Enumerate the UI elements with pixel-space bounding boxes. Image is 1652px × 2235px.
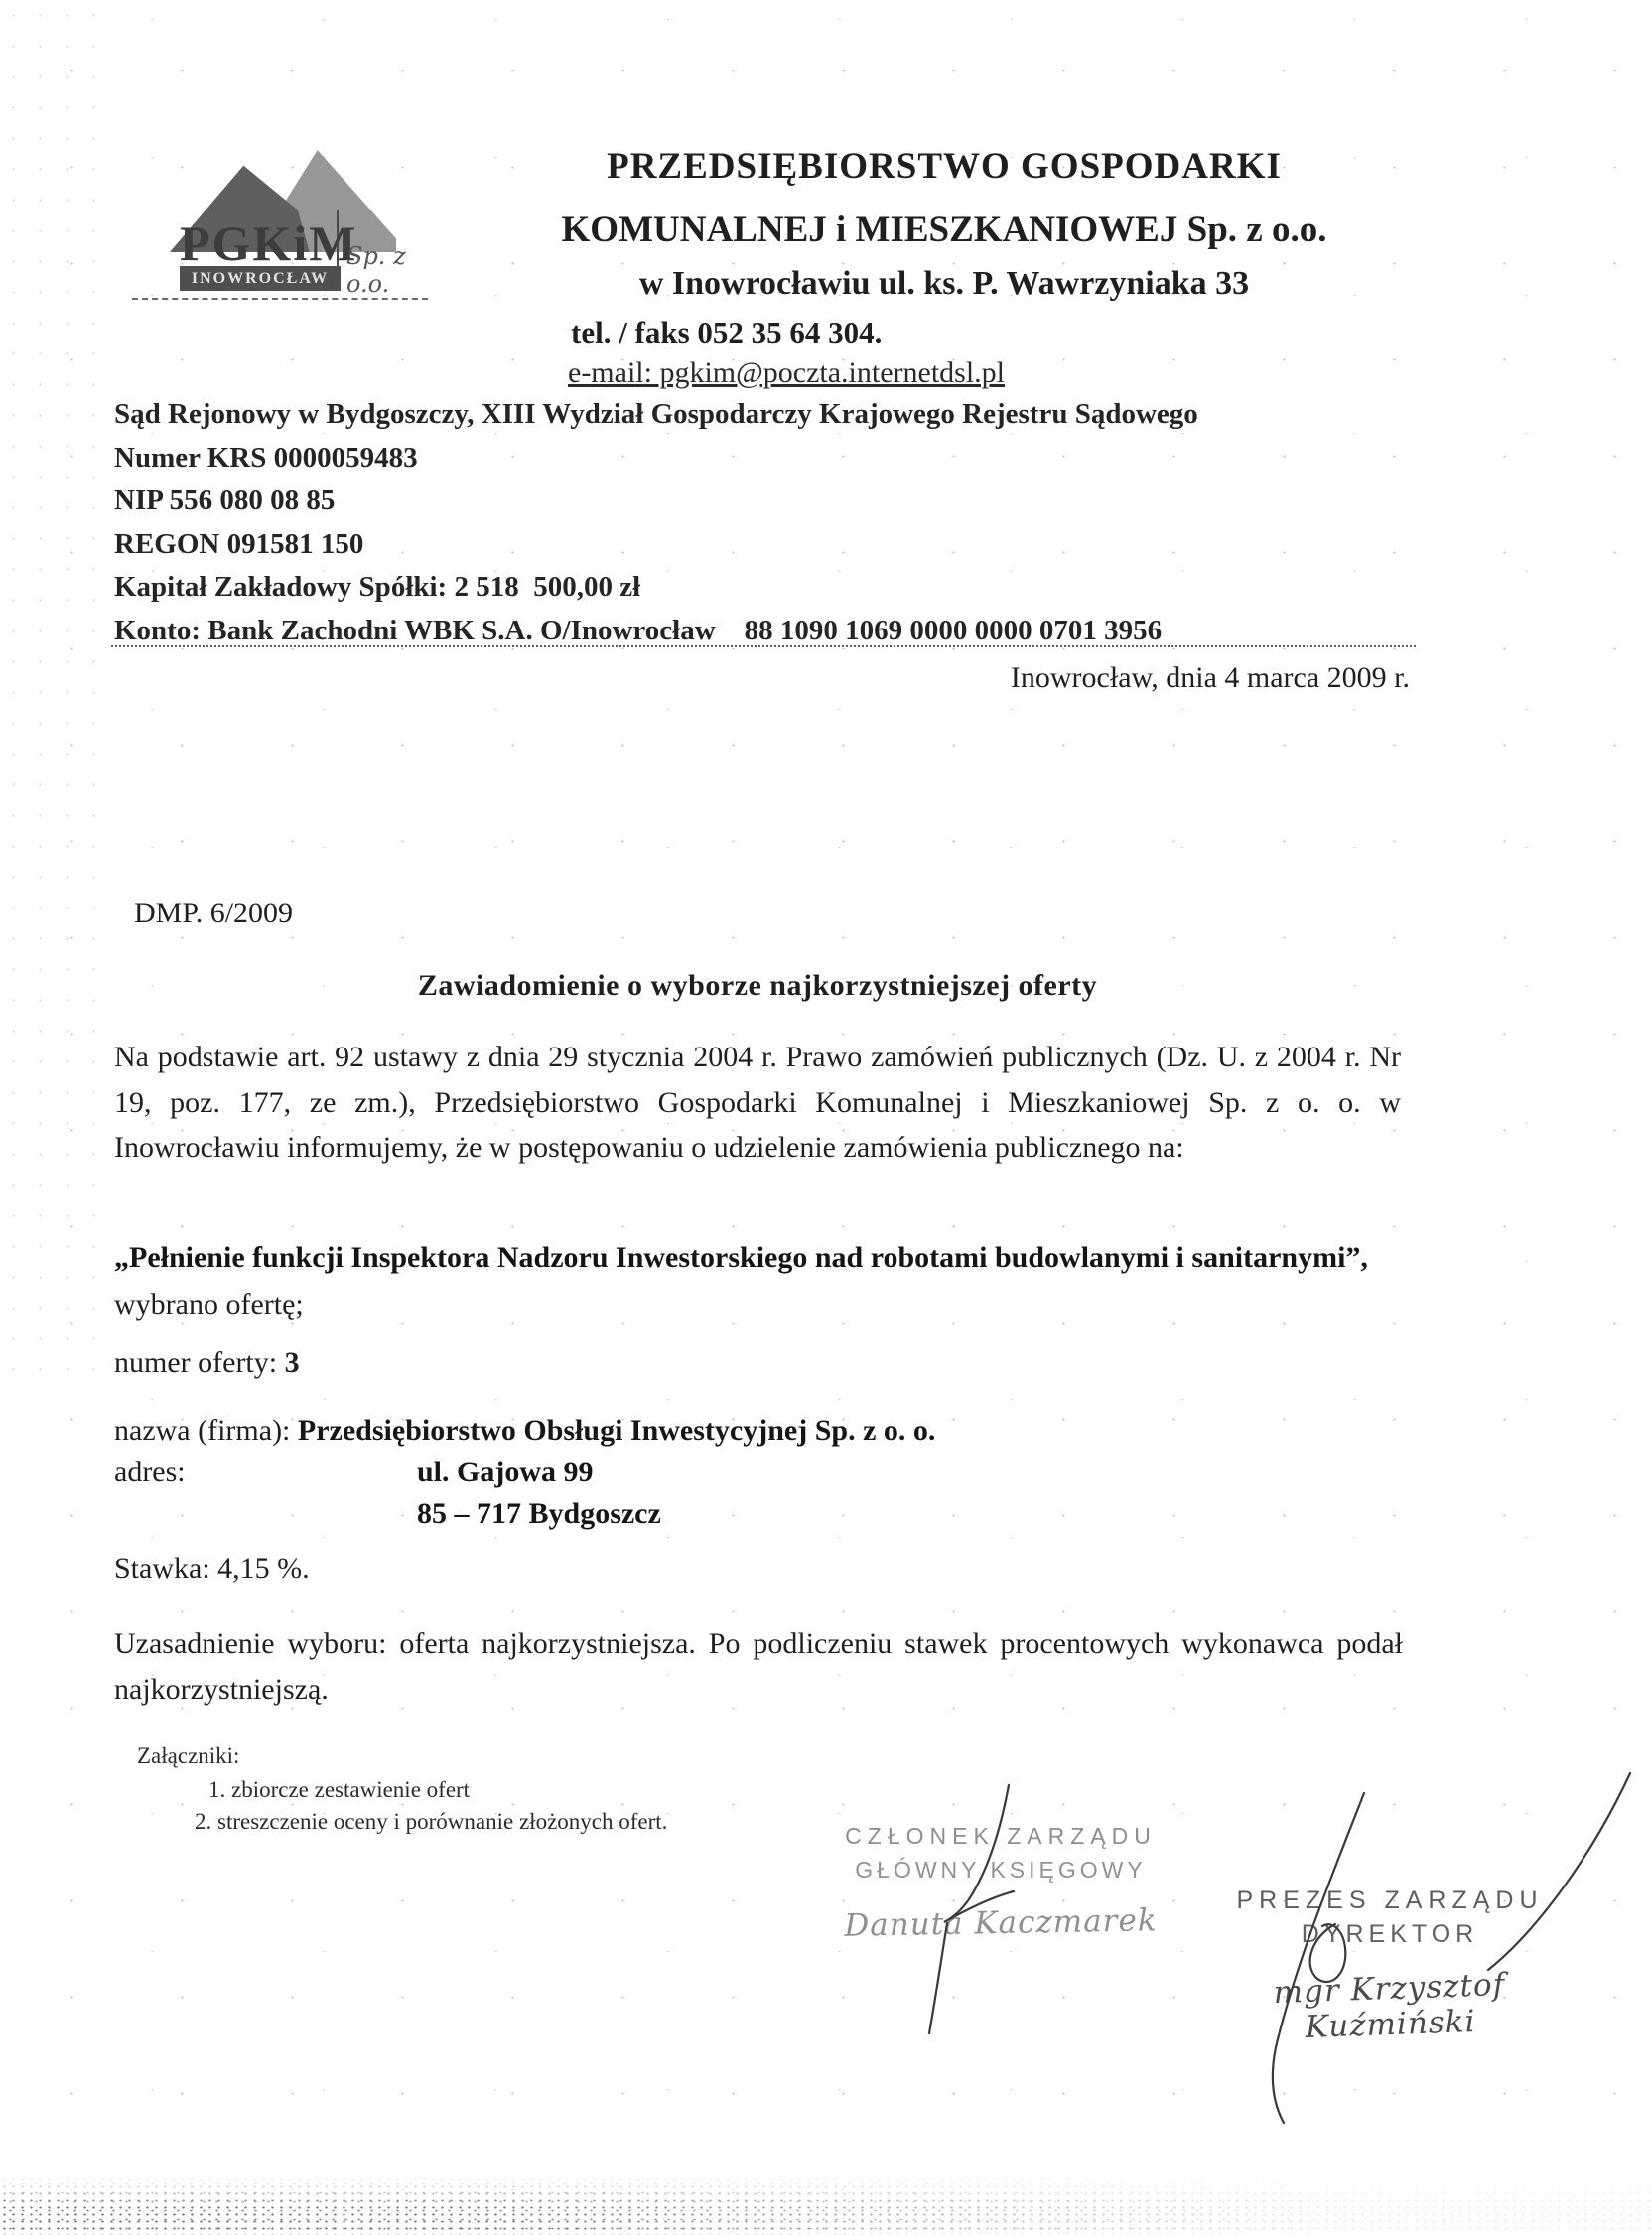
subject-bold-text: „Pełnienie funkcji Inspektora Nadzoru In…	[114, 1241, 1368, 1274]
scan-noise-bottom-band	[0, 2176, 1652, 2235]
intro-paragraph: Na podstawie art. 92 ustawy z dnia 29 st…	[114, 1035, 1401, 1171]
stamp-president: PREZES ZARZĄDU DYREKTOR mgr Krzysztof Ku…	[1191, 1886, 1588, 2042]
registry-krs-line: Numer KRS 0000059483	[114, 437, 1435, 481]
logo-acronym: PGKiM	[180, 214, 357, 272]
scanned-letter-page: PGKiM Sp. z o.o. INOWROCŁAW PRZEDSIĘBIOR…	[0, 0, 1652, 2235]
address-city: 85 – 717 Bydgoszcz	[417, 1497, 661, 1531]
logo-suffix: Sp. z o.o.	[346, 242, 428, 298]
attachments-block: Załączniki: 1. zbiorcze zestawienie ofer…	[137, 1744, 667, 1838]
subject-rest-text: wybrano ofertę;	[114, 1288, 304, 1321]
stamp-right-subtitle: DYREKTOR	[1191, 1920, 1588, 1949]
stamp-left-title: CZŁONEK ZARZĄDU	[820, 1823, 1181, 1850]
signature-name-right: mgr Krzysztof Kuźmiński	[1190, 1964, 1589, 2049]
scan-noise-left-margin	[0, 0, 119, 1390]
registry-court-line: Sąd Rejonowy w Bydgoszczy, XIII Wydział …	[114, 393, 1435, 437]
logo-city-banner: INOWROCŁAW	[180, 266, 341, 291]
pgkim-logo: PGKiM Sp. z o.o. INOWROCŁAW	[132, 111, 428, 300]
registry-block: Sąd Rejonowy w Bydgoszczy, XIII Wydział …	[114, 393, 1435, 652]
stamp-right-title: PREZES ZARZĄDU	[1191, 1886, 1588, 1915]
address-street: ul. Gajowa 99	[417, 1456, 594, 1488]
company-name-line1: PRZEDSIĘBIORSTWO GOSPODARKI	[417, 145, 1471, 188]
dateline: Inowrocław, dnia 4 marca 2009 r.	[894, 661, 1410, 695]
company-value: Przedsiębiorstwo Obsługi Inwestycyjnej S…	[298, 1414, 935, 1447]
company-email: e-mail: pgkim@poczta.internetdsl.pl	[568, 356, 1005, 390]
stamp-left-subtitle: GŁÓWNY KSIĘGOWY	[820, 1857, 1181, 1884]
offer-number-value: 3	[285, 1346, 300, 1379]
offer-number-row: numer oferty: 3	[114, 1346, 300, 1380]
company-row: nazwa (firma): Przedsiębiorstwo Obsługi …	[114, 1414, 935, 1448]
registry-regon-line: REGON 091581 150	[114, 523, 1435, 567]
company-address-line: w Inowrocławiu ul. ks. P. Wawrzyniaka 33	[417, 265, 1471, 303]
document-title: Zawiadomienie o wyborze najkorzystniejsz…	[114, 969, 1401, 1003]
signature-name-left: Danuta Kaczmarek	[820, 1902, 1182, 1944]
letterhead: PRZEDSIĘBIORSTWO GOSPODARKI KOMUNALNEJ i…	[417, 145, 1471, 403]
address-label: adres:	[114, 1456, 417, 1489]
reference-number: DMP. 6/2009	[134, 897, 293, 930]
subject-paragraph: „Pełnienie funkcji Inspektora Nadzoru In…	[114, 1234, 1407, 1327]
address-row: adres:ul. Gajowa 99	[114, 1456, 594, 1489]
attachment-item: 1. zbiorcze zestawienie ofert	[208, 1774, 667, 1806]
company-name-line2: KOMUNALNEJ i MIESZKANIOWEJ Sp. z o.o.	[417, 209, 1471, 251]
offer-number-label: numer oferty:	[114, 1346, 285, 1379]
dotted-separator	[111, 645, 1416, 647]
justification-paragraph: Uzasadnienie wyboru: oferta najkorzystni…	[114, 1621, 1403, 1712]
attachments-label: Załączniki:	[137, 1744, 667, 1769]
registry-nip-line: NIP 556 080 08 85	[114, 480, 1435, 523]
company-label: nazwa (firma):	[114, 1414, 298, 1447]
rate-line: Stawka: 4,15 %.	[114, 1552, 310, 1586]
stamp-board-member: CZŁONEK ZARZĄDU GŁÓWNY KSIĘGOWY Danuta K…	[820, 1823, 1181, 1941]
attachment-item: 2. streszczenie oceny i porównanie złożo…	[195, 1806, 667, 1838]
company-phone: tel. / faks 052 35 64 304.	[571, 315, 882, 350]
registry-capital-line: Kapitał Zakładowy Spółki: 2 518 500,00 z…	[114, 566, 1435, 610]
